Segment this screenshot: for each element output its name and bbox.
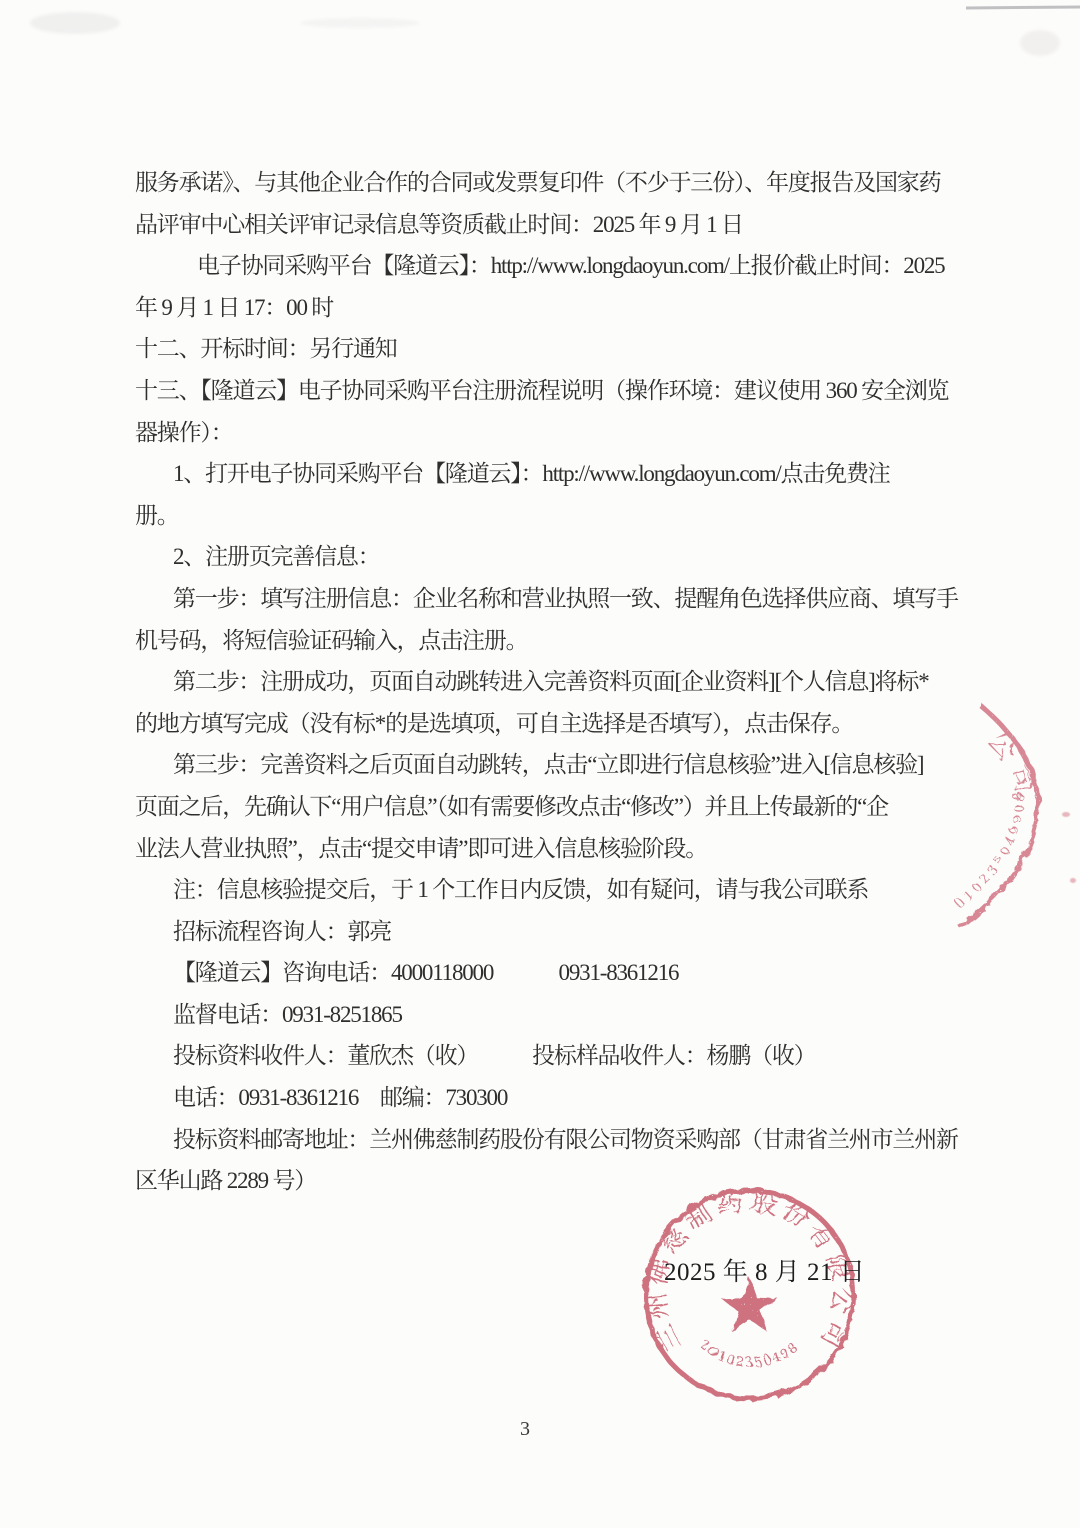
scan-smudge <box>1020 30 1060 56</box>
document-line: 监督电话：0931-8251865 <box>135 994 965 1036</box>
document-body: 服务承诺》、与其他企业合作的合同或发票复印件（不少于三份）、年度报告及国家药品评… <box>135 162 965 1202</box>
document-line: 第二步：注册成功，页面自动跳转进入完善资料页面[企业资料][个人信息]将标* <box>135 661 965 703</box>
document-line: 机号码，将短信验证码输入，点击注册。 <box>135 620 965 662</box>
document-line: 品评审中心相关评审记录信息等资质截止时间：2025 年 9 月 1 日 <box>135 204 965 246</box>
document-line: 册。 <box>135 495 965 537</box>
scan-line-artifact <box>966 6 1080 10</box>
document-line: 业法人营业执照”，点击“提交申请”即可进入信息核验阶段。 <box>135 828 965 870</box>
scan-smudge <box>30 12 120 34</box>
document-line: 2、注册页完善信息： <box>135 536 965 578</box>
document-line: 注：信息核验提交后，于 1 个工作日内反馈，如有疑问，请与我公司联系 <box>135 869 965 911</box>
document-page: 服务承诺》、与其他企业合作的合同或发票复印件（不少于三份）、年度报告及国家药品评… <box>0 0 1080 1528</box>
partial-seal-serial: 010235049908 <box>950 787 1026 910</box>
document-line: 电子协同采购平台【隆道云】：http://www.longdaoyun.com/… <box>135 245 965 287</box>
document-line: 【隆道云】咨询电话：4000118000 0931-8361216 <box>135 952 965 994</box>
page-number: 3 <box>505 1418 545 1441</box>
document-line: 的地方填写完成（没有标*的是选填项，可自主选择是否填写），点击保存。 <box>135 703 965 745</box>
document-line: 服务承诺》、与其他企业合作的合同或发票复印件（不少于三份）、年度报告及国家药 <box>135 162 965 204</box>
document-line: 年 9 月 1 日 17：00 时 <box>135 287 965 329</box>
document-line: 电话：0931-8361216 邮编：730300 <box>135 1077 965 1119</box>
date-stamp: 2025 年 8 月 21 日 <box>664 1252 865 1288</box>
partial-company-seal: 公司 010235049908 <box>930 688 1080 938</box>
document-line: 第一步：填写注册信息：企业名称和营业执照一致、提醒角色选择供应商、填写手 <box>135 578 965 620</box>
document-line: 招标流程咨询人：郭亮 <box>135 911 965 953</box>
document-line: 十二、开标时间：另行通知 <box>135 328 965 370</box>
document-line: 1、打开电子协同采购平台【隆道云】：http://www.longdaoyun.… <box>135 453 965 495</box>
document-line: 页面之后，先确认下“用户信息”（如有需要修改点击“修改”）并且上传最新的“企 <box>135 786 965 828</box>
company-seal: 兰州佛慈制药股份有限公司 6201023504980 <box>608 1148 888 1448</box>
document-line: 第三步：完善资料之后页面自动跳转，点击“立即进行信息核验”进入[信息核验] <box>135 744 965 786</box>
document-line: 器操作）： <box>135 412 965 454</box>
document-line: 投标资料收件人：董欣杰（收） 投标样品收件人：杨鹏（收） <box>135 1035 965 1077</box>
document-line: 十三、【隆道云】电子协同采购平台注册流程说明（操作环境：建议使用 360 安全浏… <box>135 370 965 412</box>
svg-text:010235049908: 010235049908 <box>950 787 1026 910</box>
scan-smudge <box>300 18 420 28</box>
